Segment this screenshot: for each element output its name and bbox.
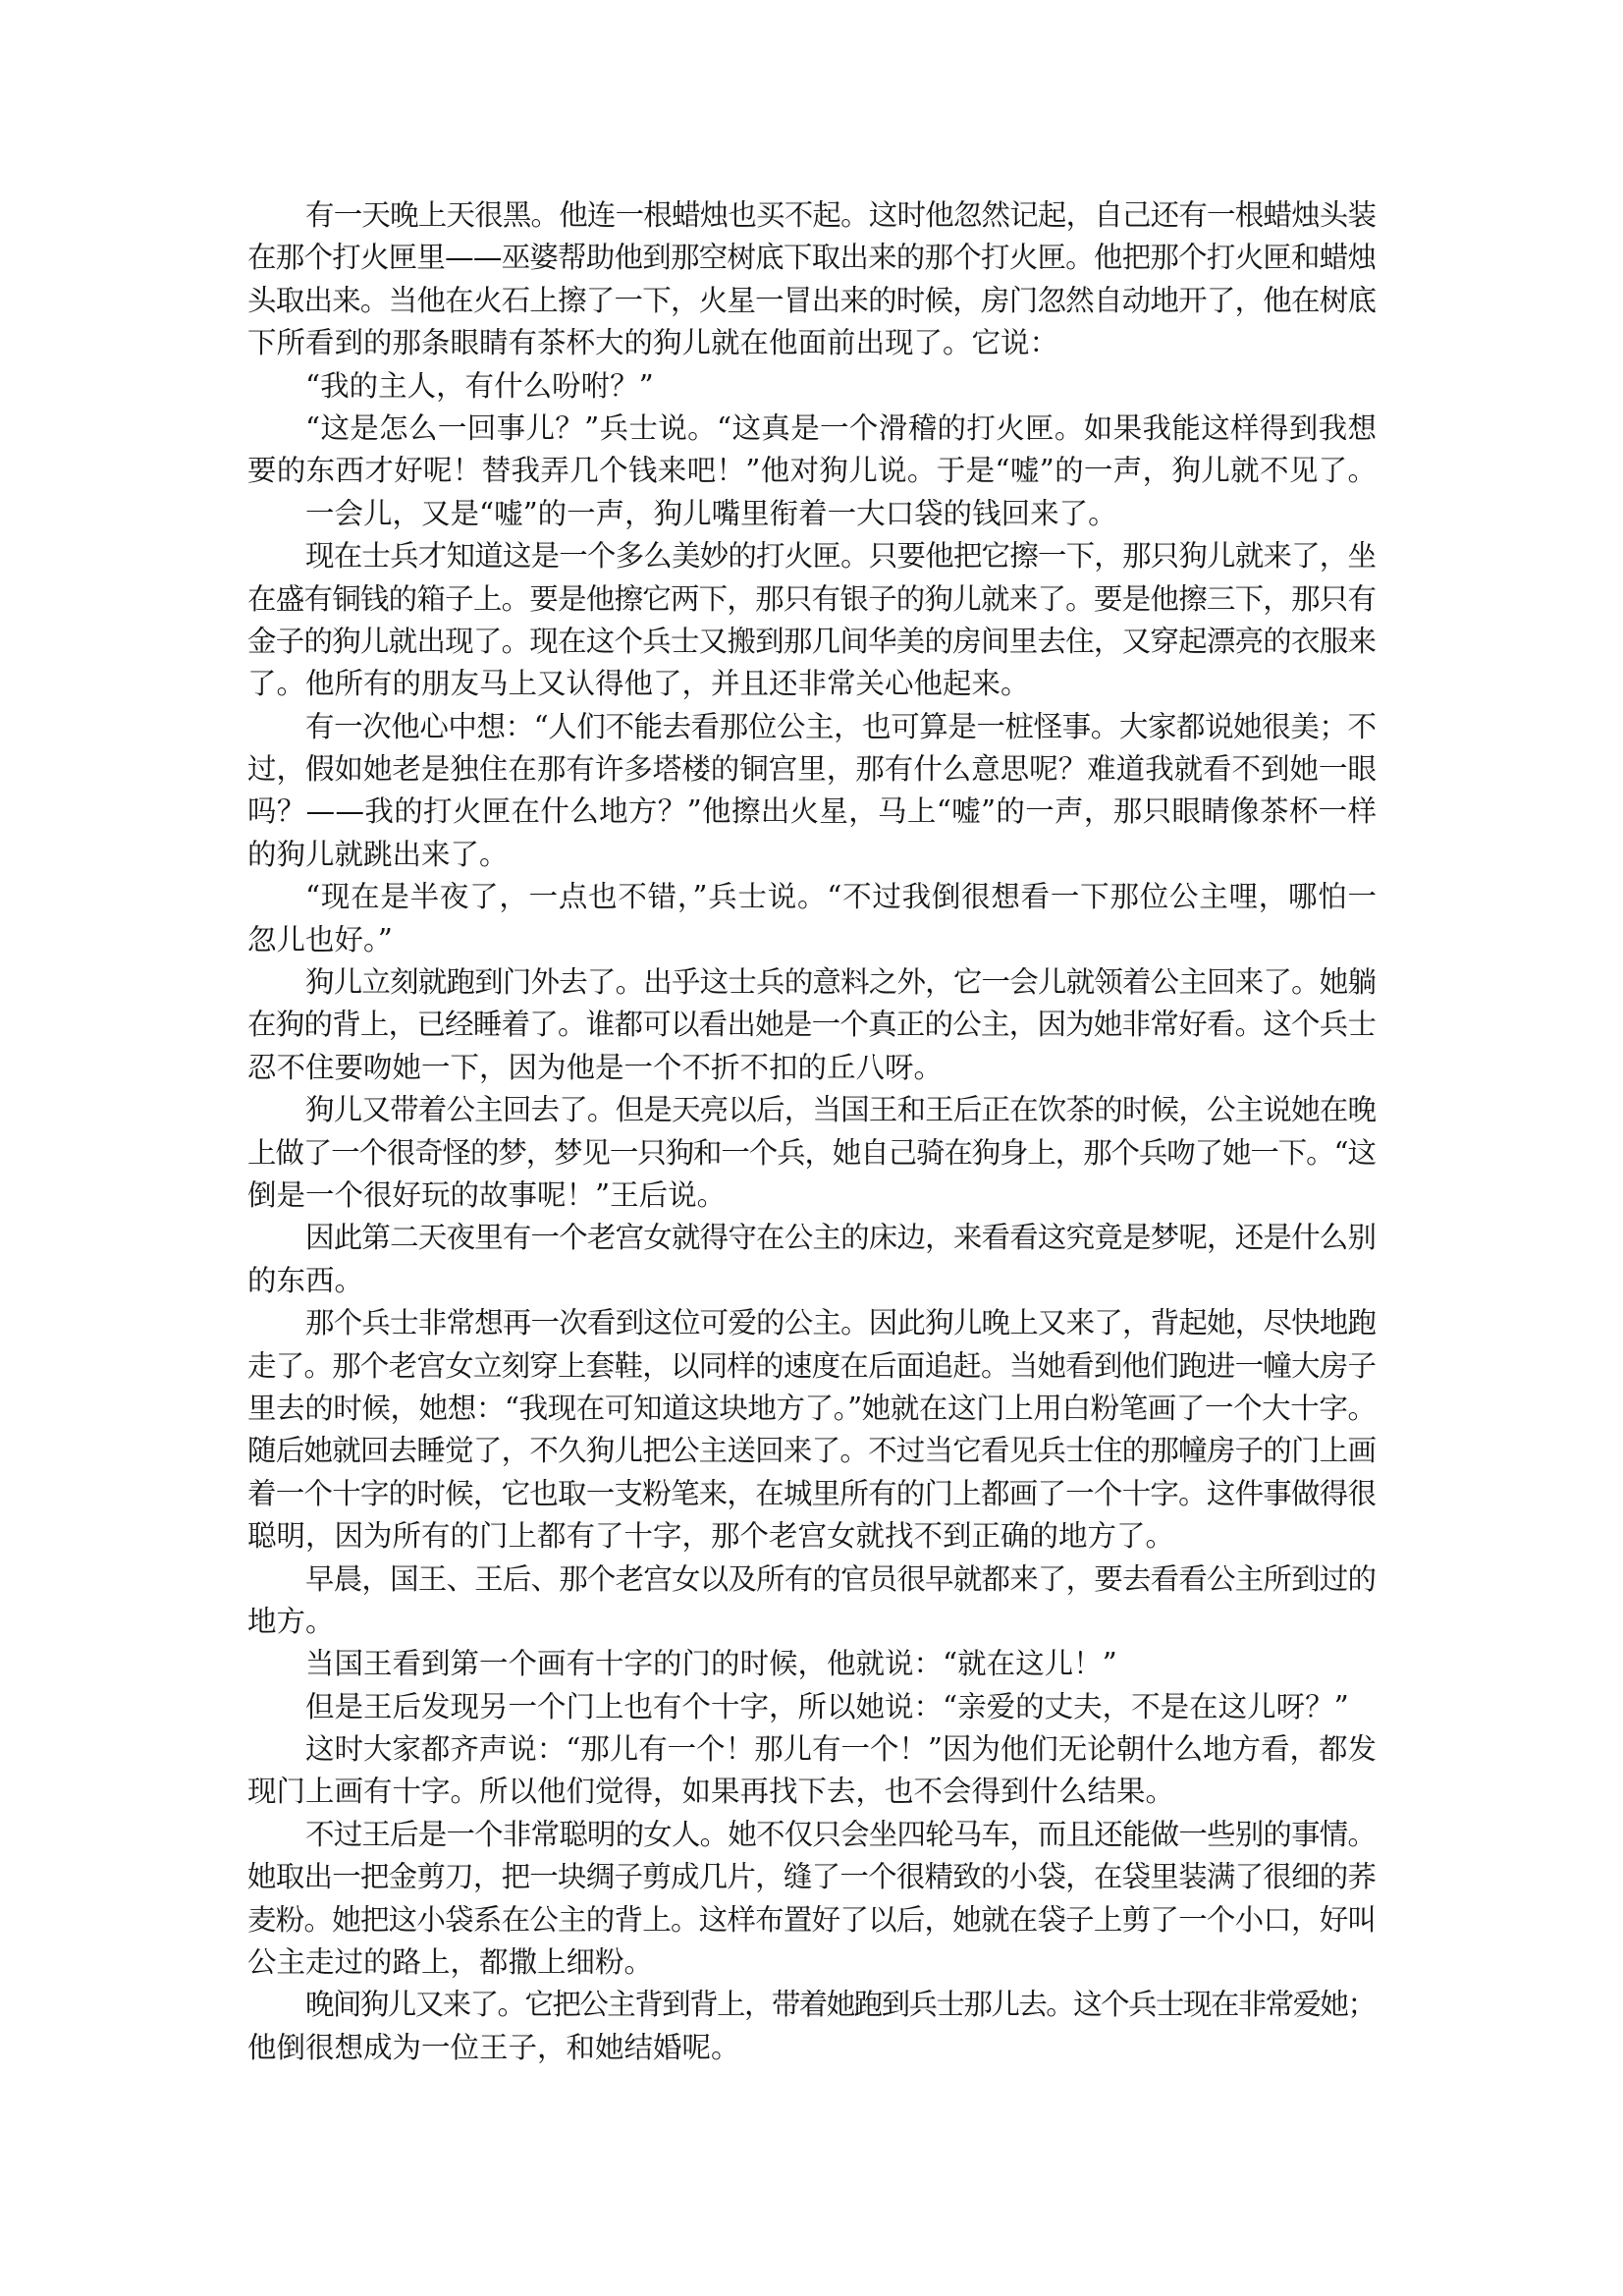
line-text: 当国王看到第一个画有十字的门的时候，他就说：“就在这儿！” [305, 1643, 1117, 1685]
line-text: 在狗的背上，已经睡着了。谁都可以看出她是一个真正的公主，因为她非常好看。这个兵士 [247, 1004, 1376, 1046]
text-line: “我的主人，有什么吩咐？” [247, 365, 1377, 408]
text-line: 那个兵士非常想再一次看到这位可爱的公主。因此狗儿晚上又来了，背起她，尽快地跑 [247, 1302, 1377, 1344]
text-line: 狗儿又带着公主回去了。但是天亮以后，当国王和王后正在饮茶的时候，公主说她在晚 [247, 1089, 1377, 1131]
text-line: 下所看到的那条眼睛有茶杯大的狗儿就在他面前出现了。它说： [247, 322, 1377, 364]
story-text: 有一天晚上天很黑。他连一根蜡烛也买不起。这时他忽然记起，自己还有一根蜡烛头装 在… [247, 194, 1377, 2069]
text-line: 要的东西才好呢！替我弄几个钱来吧！”他对狗儿说。于是“嘘”的一声，狗儿就不见了。 [247, 450, 1377, 492]
line-text: 他倒很想成为一位王子，和她结婚呢。 [247, 2027, 740, 2069]
text-line: 早晨，国王、王后、那个老宫女以及所有的官员很早就都来了，要去看看公主所到过的 [247, 1558, 1377, 1601]
text-line: 一会儿，又是“嘘”的一声，狗儿嘴里衔着一大口袋的钱回来了。 [247, 493, 1377, 535]
paragraph-10: 因此第二天夜里有一个老宫女就得守在公主的床边，来看看这究竟是梦呢，还是什么别 的… [247, 1217, 1377, 1302]
text-line: 随后她就回去睡觉了，不久狗儿把公主送回来了。不过当它看见兵士住的那幢房子的门上画 [247, 1430, 1377, 1472]
text-line: 现门上画有十字。所以他们觉得，如果再找下去，也不会得到什么结果。 [247, 1771, 1377, 1813]
paragraph-7: “现在是半夜了，一点也不错，”兵士说。“不过我倒很想看一下那位公主哩，哪怕一 忽… [247, 876, 1377, 961]
paragraph-9: 狗儿又带着公主回去了。但是天亮以后，当国王和王后正在饮茶的时候，公主说她在晚 上… [247, 1089, 1377, 1217]
line-text: 在那个打火匣里——巫婆帮助他到那空树底下取出来的那个打火匣。他把那个打火匣和蜡烛 [247, 237, 1376, 279]
line-text: 要的东西才好呢！替我弄几个钱来吧！”他对狗儿说。于是“嘘”的一声，狗儿就不见了。 [247, 450, 1377, 492]
text-line: 现在士兵才知道这是一个多么美妙的打火匣。只要他把它擦一下，那只狗儿就来了，坐 [247, 535, 1377, 577]
line-text: 她取出一把金剪刀，把一块绸子剪成几片，缝了一个很精致的小袋，在袋里装满了很细的荞 [247, 1856, 1376, 1898]
text-line: 狗儿立刻就跑到门外去了。出乎这士兵的意料之外，它一会儿就领着公主回来了。她躺 [247, 961, 1377, 1004]
text-line: 忍不住要吻她一下，因为他是一个不折不扣的丘八呀。 [247, 1047, 1377, 1089]
line-text: 下所看到的那条眼睛有茶杯大的狗儿就在他面前出现了。它说： [247, 322, 1058, 364]
line-text: 走了。那个老宫女立刻穿上套鞋，以同样的速度在后面追赶。当她看到他们跑进一幢大房子 [247, 1345, 1376, 1388]
text-line: 上做了一个很奇怪的梦，梦见一只狗和一个兵，她自己骑在狗身上，那个兵吻了她一下。“… [247, 1132, 1377, 1175]
text-line: 晚间狗儿又来了。它把公主背到背上，带着她跑到兵士那儿去。这个兵士现在非常爱她； [247, 1984, 1377, 2026]
line-text: 忽儿也好。” [247, 919, 393, 961]
text-line: 这时大家都齐声说：“那儿有一个！那儿有一个！”因为他们无论朝什么地方看，都发 [247, 1728, 1377, 1771]
line-text: 在盛有铜钱的箱子上。要是他擦它两下，那只有银子的狗儿就来了。要是他擦三下，那只有 [247, 578, 1376, 621]
line-text: 的东西。 [247, 1260, 363, 1302]
text-line: 因此第二天夜里有一个老宫女就得守在公主的床边，来看看这究竟是梦呢，还是什么别 [247, 1217, 1377, 1259]
text-line: 当国王看到第一个画有十字的门的时候，他就说：“就在这儿！” [247, 1643, 1377, 1685]
line-text: 早晨，国王、王后、那个老宫女以及所有的官员很早就都来了，要去看看公主所到过的 [305, 1558, 1376, 1601]
line-text: 聪明，因为所有的门上都有了十字，那个老宫女就找不到正确的地方了。 [247, 1515, 1174, 1558]
line-text: “这是怎么一回事儿？”兵士说。“这真是一个滑稽的打火匣。如果我能这样得到我想 [305, 408, 1377, 450]
line-text: 有一天晚上天很黑。他连一根蜡烛也买不起。这时他忽然记起，自己还有一根蜡烛头装 [305, 194, 1376, 237]
line-text: 着一个十字的时候，它也取一支粉笔来，在城里所有的门上都画了一个十字。这件事做得很 [247, 1473, 1376, 1515]
line-text: 吗？——我的打火匣在什么地方？”他擦出火星，马上“嘘”的一声，那只眼睛像茶杯一样 [247, 791, 1377, 833]
line-text: 晚间狗儿又来了。它把公主背到背上，带着她跑到兵士那儿去。这个兵士现在非常爱她； [305, 1984, 1375, 2026]
line-text: 麦粉。她把这小袋系在公主的背上。这样布置好了以后，她就在袋子上剪了一个小口，好叫 [247, 1899, 1376, 1941]
text-line: 她取出一把金剪刀，把一块绸子剪成几片，缝了一个很精致的小袋，在袋里装满了很细的荞 [247, 1856, 1377, 1898]
paragraph-17: 晚间狗儿又来了。它把公主背到背上，带着她跑到兵士那儿去。这个兵士现在非常爱她； … [247, 1984, 1377, 2069]
line-text: 狗儿立刻就跑到门外去了。出乎这士兵的意料之外，它一会儿就领着公主回来了。她躺 [305, 961, 1376, 1004]
line-text: 现在士兵才知道这是一个多么美妙的打火匣。只要他把它擦一下，那只狗儿就来了，坐 [305, 535, 1376, 577]
line-text: 因此第二天夜里有一个老宫女就得守在公主的床边，来看看这究竟是梦呢，还是什么别 [305, 1217, 1376, 1259]
text-line: 里去的时候，她想：“我现在可知道这块地方了。”她就在这门上用白粉笔画了一个大十字… [247, 1388, 1377, 1430]
text-line: 地方。 [247, 1601, 1377, 1643]
paragraph-6: 有一次他心中想：“人们不能去看那位公主，也可算是一桩怪事。大家都说她很美；不 过… [247, 706, 1377, 877]
line-text: 现门上画有十字。所以他们觉得，如果再找下去，也不会得到什么结果。 [247, 1771, 1174, 1813]
paragraph-1: 有一天晚上天很黑。他连一根蜡烛也买不起。这时他忽然记起，自己还有一根蜡烛头装 在… [247, 194, 1377, 365]
line-text: 那个兵士非常想再一次看到这位可爱的公主。因此狗儿晚上又来了，背起她，尽快地跑 [305, 1302, 1376, 1344]
line-text: 忍不住要吻她一下，因为他是一个不折不扣的丘八呀。 [247, 1047, 943, 1089]
line-text: 这时大家都齐声说：“那儿有一个！那儿有一个！”因为他们无论朝什么地方看，都发 [305, 1728, 1377, 1771]
text-line: 有一天晚上天很黑。他连一根蜡烛也买不起。这时他忽然记起，自己还有一根蜡烛头装 [247, 194, 1377, 237]
text-line: 但是王后发现另一个门上也有个十字，所以她说：“亲爱的丈夫，不是在这儿呀？” [247, 1686, 1377, 1728]
line-text: 随后她就回去睡觉了，不久狗儿把公主送回来了。不过当它看见兵士住的那幢房子的门上画 [247, 1430, 1376, 1472]
text-line: 公主走过的路上，都撒上细粉。 [247, 1941, 1377, 1984]
text-line: 头取出来。当他在火石上擦了一下，火星一冒出来的时候，房门忽然自动地开了，他在树底 [247, 280, 1377, 322]
paragraph-4: 一会儿，又是“嘘”的一声，狗儿嘴里衔着一大口袋的钱回来了。 [247, 493, 1377, 535]
text-line: 在盛有铜钱的箱子上。要是他擦它两下，那只有银子的狗儿就来了。要是他擦三下，那只有 [247, 578, 1377, 621]
text-line: 有一次他心中想：“人们不能去看那位公主，也可算是一桩怪事。大家都说她很美；不 [247, 706, 1377, 748]
line-text: 倒是一个很好玩的故事呢！”王后说。 [247, 1175, 726, 1217]
line-text: 一会儿，又是“嘘”的一声，狗儿嘴里衔着一大口袋的钱回来了。 [305, 493, 1117, 535]
text-line: 忽儿也好。” [247, 919, 1377, 961]
line-text: “我的主人，有什么吩咐？” [305, 365, 654, 408]
line-text: 头取出来。当他在火石上擦了一下，火星一冒出来的时候，房门忽然自动地开了，他在树底 [247, 280, 1376, 322]
line-text: 地方。 [247, 1601, 335, 1643]
text-line: “这是怎么一回事儿？”兵士说。“这真是一个滑稽的打火匣。如果我能这样得到我想 [247, 408, 1377, 450]
document-page: 有一天晚上天很黑。他连一根蜡烛也买不起。这时他忽然记起，自己还有一根蜡烛头装 在… [0, 0, 1623, 2296]
text-line: 聪明，因为所有的门上都有了十字，那个老宫女就找不到正确的地方了。 [247, 1515, 1377, 1558]
line-text: “现在是半夜了，一点也不错，”兵士说。“不过我倒很想看一下那位公主哩，哪怕一 [305, 876, 1378, 918]
line-text: 狗儿又带着公主回去了。但是天亮以后，当国王和王后正在饮茶的时候，公主说她在晚 [305, 1089, 1376, 1131]
paragraph-2: “我的主人，有什么吩咐？” [247, 365, 1377, 408]
line-text: 上做了一个很奇怪的梦，梦见一只狗和一个兵，她自己骑在狗身上，那个兵吻了她一下。“… [247, 1132, 1376, 1175]
paragraph-14: 但是王后发现另一个门上也有个十字，所以她说：“亲爱的丈夫，不是在这儿呀？” [247, 1686, 1377, 1728]
text-line: 在那个打火匣里——巫婆帮助他到那空树底下取出来的那个打火匣。他把那个打火匣和蜡烛 [247, 237, 1377, 279]
line-text: 公主走过的路上，都撒上细粉。 [247, 1941, 653, 1984]
paragraph-11: 那个兵士非常想再一次看到这位可爱的公主。因此狗儿晚上又来了，背起她，尽快地跑 走… [247, 1302, 1377, 1558]
line-text: 了。他所有的朋友马上又认得他了，并且还非常关心他起来。 [247, 663, 1030, 705]
text-line: 的东西。 [247, 1260, 1377, 1302]
line-text: 里去的时候，她想：“我现在可知道这块地方了。”她就在这门上用白粉笔画了一个大十字… [247, 1388, 1377, 1430]
line-text: 过，假如她老是独住在那有许多塔楼的铜宫里，那有什么意思呢？难道我就看不到她一眼 [247, 748, 1377, 791]
paragraph-12: 早晨，国王、王后、那个老宫女以及所有的官员很早就都来了，要去看看公主所到过的 地… [247, 1558, 1377, 1644]
text-line: 走了。那个老宫女立刻穿上套鞋，以同样的速度在后面追赶。当她看到他们跑进一幢大房子 [247, 1345, 1377, 1388]
paragraph-3: “这是怎么一回事儿？”兵士说。“这真是一个滑稽的打火匣。如果我能这样得到我想 要… [247, 408, 1377, 493]
text-line: 过，假如她老是独住在那有许多塔楼的铜宫里，那有什么意思呢？难道我就看不到她一眼 [247, 748, 1377, 791]
text-line: “现在是半夜了，一点也不错，”兵士说。“不过我倒很想看一下那位公主哩，哪怕一 [247, 876, 1377, 918]
text-line: 了。他所有的朋友马上又认得他了，并且还非常关心他起来。 [247, 663, 1377, 705]
text-line: 在狗的背上，已经睡着了。谁都可以看出她是一个真正的公主，因为她非常好看。这个兵士 [247, 1004, 1377, 1046]
line-text: 有一次他心中想：“人们不能去看那位公主，也可算是一桩怪事。大家都说她很美；不 [305, 706, 1377, 748]
paragraph-8: 狗儿立刻就跑到门外去了。出乎这士兵的意料之外，它一会儿就领着公主回来了。她躺 在… [247, 961, 1377, 1089]
text-line: 金子的狗儿就出现了。现在这个兵士又搬到那几间华美的房间里去住，又穿起漂亮的衣服来 [247, 621, 1377, 663]
paragraph-13: 当国王看到第一个画有十字的门的时候，他就说：“就在这儿！” [247, 1643, 1377, 1685]
text-line: 的狗儿就跳出来了。 [247, 834, 1377, 876]
line-text: 的狗儿就跳出来了。 [247, 834, 509, 876]
text-line: 他倒很想成为一位王子，和她结婚呢。 [247, 2027, 1377, 2069]
paragraph-16: 不过王后是一个非常聪明的女人。她不仅只会坐四轮马车，而且还能做一些别的事情。 她… [247, 1814, 1377, 1985]
paragraph-5: 现在士兵才知道这是一个多么美妙的打火匣。只要他把它擦一下，那只狗儿就来了，坐 在… [247, 535, 1377, 706]
text-line: 着一个十字的时候，它也取一支粉笔来，在城里所有的门上都画了一个十字。这件事做得很 [247, 1473, 1377, 1515]
text-line: 吗？——我的打火匣在什么地方？”他擦出火星，马上“嘘”的一声，那只眼睛像茶杯一样 [247, 791, 1377, 833]
text-line: 不过王后是一个非常聪明的女人。她不仅只会坐四轮马车，而且还能做一些别的事情。 [247, 1814, 1377, 1856]
paragraph-15: 这时大家都齐声说：“那儿有一个！那儿有一个！”因为他们无论朝什么地方看，都发 现… [247, 1728, 1377, 1814]
line-text: 不过王后是一个非常聪明的女人。她不仅只会坐四轮马车，而且还能做一些别的事情。 [305, 1814, 1376, 1856]
line-text: 金子的狗儿就出现了。现在这个兵士又搬到那几间华美的房间里去住，又穿起漂亮的衣服来 [247, 621, 1376, 663]
text-line: 麦粉。她把这小袋系在公主的背上。这样布置好了以后，她就在袋子上剪了一个小口，好叫 [247, 1899, 1377, 1941]
text-line: 倒是一个很好玩的故事呢！”王后说。 [247, 1175, 1377, 1217]
line-text: 但是王后发现另一个门上也有个十字，所以她说：“亲爱的丈夫，不是在这儿呀？” [305, 1686, 1349, 1728]
